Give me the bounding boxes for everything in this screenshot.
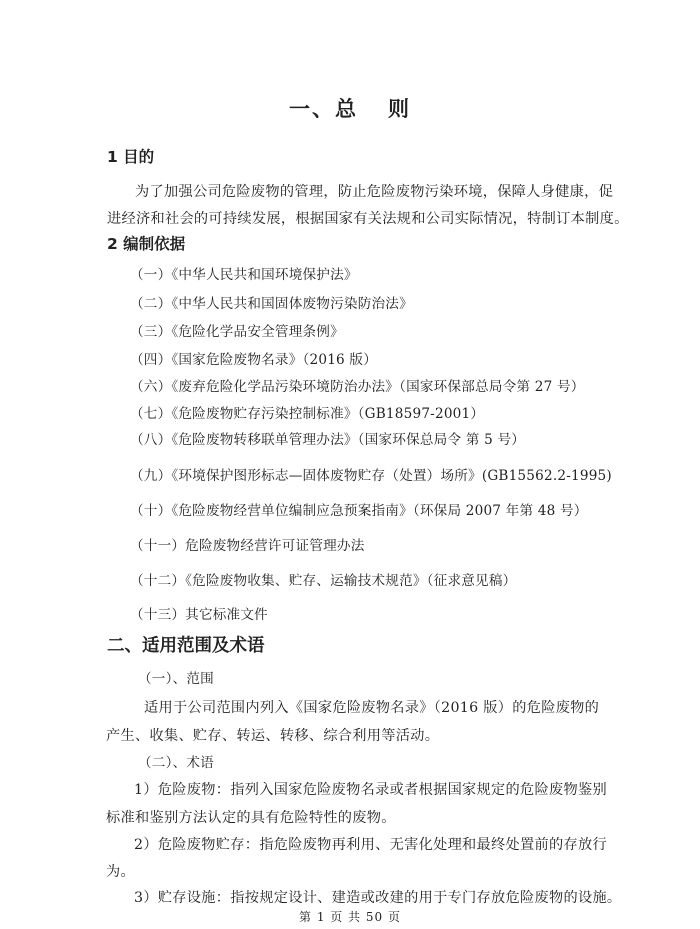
terms-heading: （二）、术语 xyxy=(138,751,214,771)
basis-item: （十）《危险废物经营单位编制应急预案指南》（环保局 2007 年第 48 号） xyxy=(130,499,588,519)
term-2-line-2: 为。 xyxy=(106,861,135,881)
basis-item: （二）《中华人民共和国固体废物污染防治法》 xyxy=(130,292,413,312)
purpose-paragraph-line-2: 进经济和社会的可持续发展，根据国家有关法规和公司实际情况，特制订本制度。 xyxy=(107,208,629,228)
basis-item: （四）《国家危险废物名录》（2016 版） xyxy=(130,348,377,368)
scope-paragraph-line-2: 产生、收集、贮存、转运、转移、综合利用等活动。 xyxy=(106,725,439,745)
scope-terms-heading: 二、适用范围及术语 xyxy=(107,632,265,657)
page-title: 一、总则 xyxy=(0,93,700,123)
term-1-line-1: 1）危险废物：指列入国家危险废物名录或者根据国家规定的危险废物鉴别 xyxy=(134,779,607,799)
basis-item: （九）《环境保护图形标志—固体废物贮存（处置）场所》(GB15562.2-199… xyxy=(130,464,612,484)
term-1-line-2: 标准和鉴别方法认定的具有危险特性的废物。 xyxy=(106,807,396,827)
scope-heading: （一）、范围 xyxy=(138,667,214,687)
page-footer: 第 1 页 共 50 页 xyxy=(0,908,700,925)
basis-item: （十三）其它标准文件 xyxy=(130,603,268,623)
page-title-part-1: 一、总 xyxy=(289,96,358,121)
basis-item: （十二）《危险废物收集、贮存、运输技术规范》（征求意见稿） xyxy=(130,569,516,589)
term-2-line-1: 2）危险废物贮存：指危险废物再利用、无害化处理和最终处置前的存放行 xyxy=(134,834,607,854)
page-title-part-2: 则 xyxy=(388,96,411,121)
basis-item: （六）《废弃危险化学品污染环境防治办法》（国家环保部总局令第 27 号） xyxy=(130,375,585,395)
basis-item: （八）《危险废物转移联单管理办法》（国家环保总局令 第 5 号） xyxy=(130,428,525,448)
basis-item: （三）《危险化学品安全管理条例》 xyxy=(130,320,344,340)
basis-item: （七）《危险废物贮存污染控制标准》（GB18597-2001） xyxy=(130,402,484,422)
basis-item: （一）《中华人民共和国环境保护法》 xyxy=(130,263,358,283)
scope-paragraph-line-1: 适用于公司范围内列入《国家危险废物名录》（2016 版）的危险废物的 xyxy=(144,697,599,717)
basis-item: （十一）危险废物经营许可证管理办法 xyxy=(130,534,365,554)
term-3-line-1: 3）贮存设施：指按规定设计、建造或改建的用于专门存放危险废物的设施。 xyxy=(134,887,621,907)
purpose-heading: 1 目的 xyxy=(107,145,154,167)
basis-heading: 2 编制依据 xyxy=(107,232,185,254)
purpose-paragraph-line-1: 为了加强公司危险废物的管理，防止危险废物污染环境，保障人身健康，促 xyxy=(135,181,613,201)
